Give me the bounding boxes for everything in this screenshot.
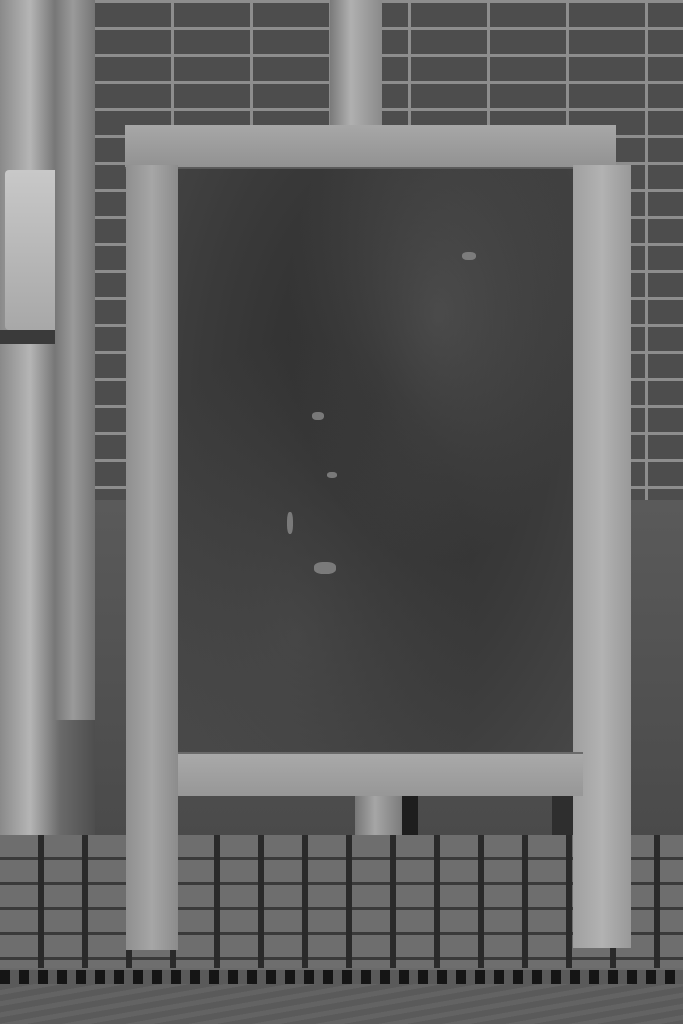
chalk-smudge <box>462 252 476 260</box>
road-surface <box>0 984 683 1024</box>
chalk-smudge <box>327 472 337 478</box>
chalk-smudge <box>287 512 293 534</box>
chalk-smudge <box>314 562 336 574</box>
chalkboard <box>172 167 582 753</box>
easel-left-leg <box>126 165 178 950</box>
drain-pipe <box>330 0 382 130</box>
easel-crossbar <box>178 752 583 796</box>
photo-scene <box>0 0 683 1024</box>
easel-right-leg <box>573 165 631 948</box>
background-post <box>55 0 100 720</box>
easel-top-rail <box>125 125 616 169</box>
chalk-smudge <box>312 412 324 420</box>
